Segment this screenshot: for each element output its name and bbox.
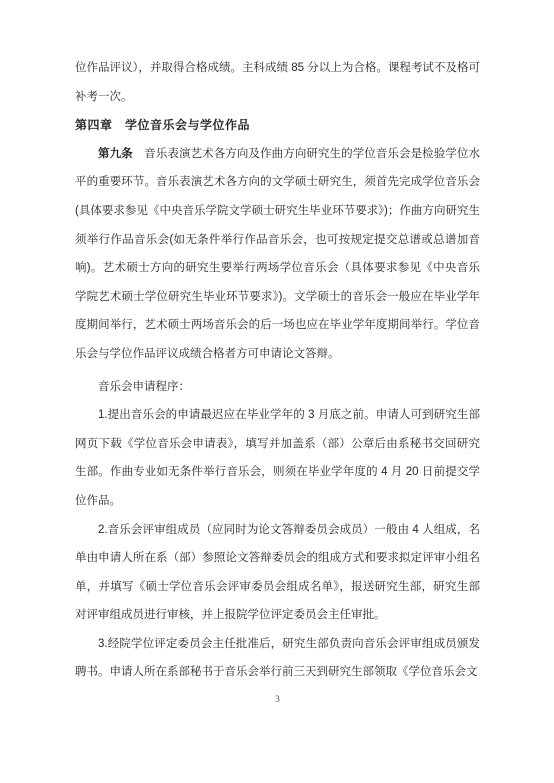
paragraph-continuation: 位作品评议），并取得合格成绩。主科成绩 85 分以上为合格。课程考试不及格可补考…: [75, 54, 480, 111]
article-9-paragraph: 第九条 音乐表演艺术各方向及作曲方向研究生的学位音乐会是检验学位水平的重要环节。…: [75, 140, 480, 369]
procedure-step-1: 1.提出音乐会的申请最迟应在毕业学年的 3 月底之前。申请人可到研究生部网页下载…: [75, 401, 480, 515]
procedure-step-3: 3.经院学位评定委员会主任批准后，研究生部负责向音乐会评审组成员颁发聘书。申请人…: [75, 630, 480, 687]
page-number: 3: [75, 689, 480, 709]
chapter-heading: 第四章 学位音乐会与学位作品: [75, 111, 480, 140]
article-9-label: 第九条: [98, 148, 133, 160]
procedure-step-2: 2.音乐会评审组成员（应同时为论文答辩委员会成员）一般由 4 人组成，名单由申请…: [75, 516, 480, 630]
document-page: 位作品评议），并取得合格成绩。主科成绩 85 分以上为合格。课程考试不及格可补考…: [0, 0, 554, 783]
procedure-title: 音乐会申请程序：: [75, 373, 480, 402]
article-9-body: 音乐表演艺术各方向及作曲方向研究生的学位音乐会是检验学位水平的重要环节。音乐表演…: [75, 148, 480, 360]
